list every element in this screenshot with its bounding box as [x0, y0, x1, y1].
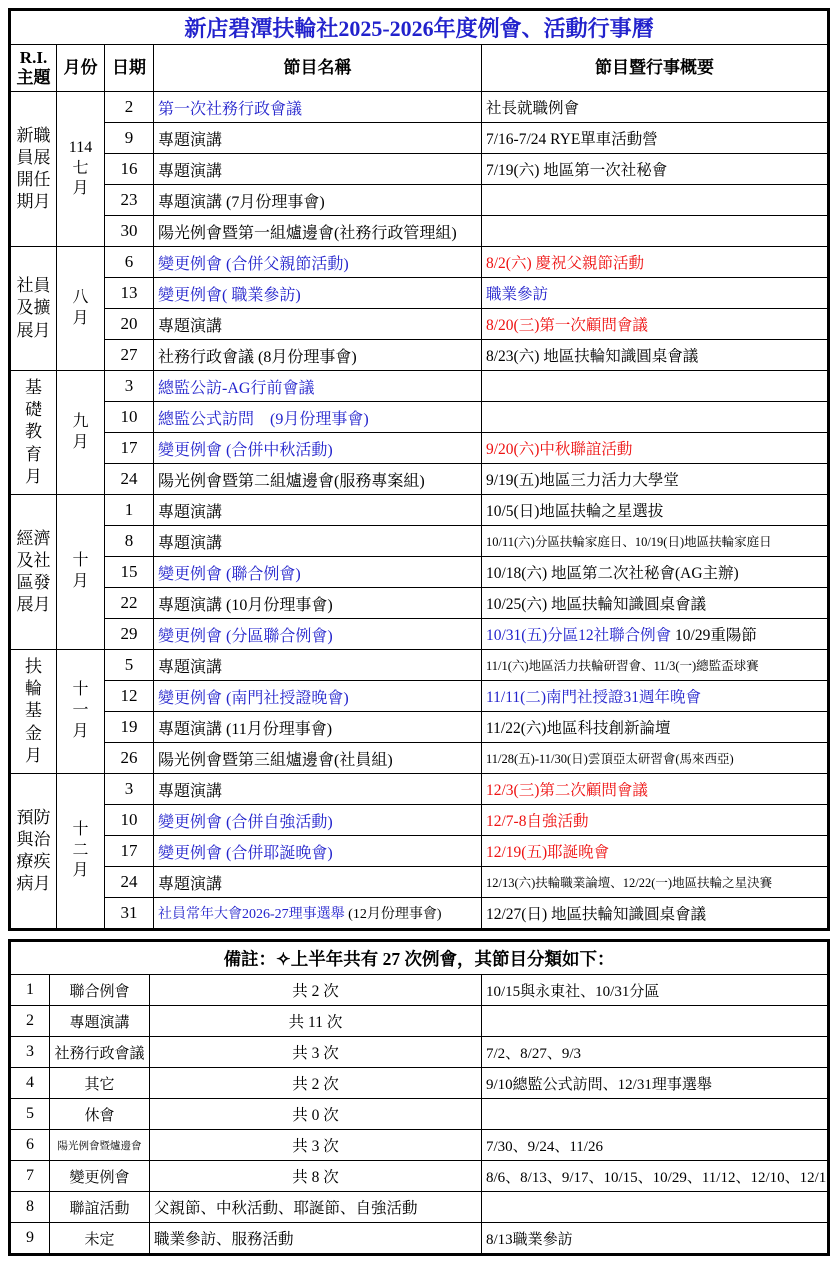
text-segment: 9/20(六)中秋聯誼活動 [486, 441, 632, 458]
date-cell: 31 [105, 898, 154, 930]
program-name-cell: 專題演講 (10月份理事會) [154, 588, 482, 619]
note-count-cell: 共 11 次 [150, 1006, 482, 1037]
text-segment: 專題演講 [158, 535, 222, 552]
text-segment: 8/20(三)第一次顧問會議 [486, 317, 648, 334]
summary-cell: 8/2(六) 慶祝父親節活動 [482, 247, 829, 278]
program-name-cell: 社務行政會議 (8月份理事會) [154, 340, 482, 371]
calendar-row: 10變更例會 (合併自強活動)12/7-8自強活動 [10, 805, 829, 836]
calendar-row: 23專題演講 (7月份理事會) [10, 185, 829, 216]
calendar-row: 24專題演講12/13(六)扶輪職業論壇、12/22(一)地區扶輪之星決賽 [10, 867, 829, 898]
note-count-cell: 共 2 次 [150, 975, 482, 1006]
note-category-cell: 陽光例會暨爐邊會 [50, 1130, 150, 1161]
notes-table: 備註：✧上半年共有 27 次例會，其節目分類如下： 1聯合例會共 2 次10/1… [8, 939, 830, 1256]
summary-cell: 11/11(二)南門社授證31週年晚會 [482, 681, 829, 712]
date-cell: 10 [105, 805, 154, 836]
date-cell: 22 [105, 588, 154, 619]
program-name-cell: 專題演講 (7月份理事會) [154, 185, 482, 216]
text-segment: 專題演講 [158, 318, 222, 335]
note-number-cell: 5 [10, 1099, 50, 1130]
text-segment: 專題演講 (10月份理事會) [158, 597, 333, 614]
text-segment: 專題演講 [158, 876, 222, 893]
text-segment: 12/13(六)扶輪職業論壇、12/22(一)地區扶輪之星決賽 [486, 876, 772, 890]
date-cell: 12 [105, 681, 154, 712]
text-segment: 變更例會 (合併中秋活動) [158, 442, 333, 459]
program-name-cell: 專題演講 (11月份理事會) [154, 712, 482, 743]
summary-cell: 10/31(五)分區12社聯合例會 10/29重陽節 [482, 619, 829, 650]
program-name-cell: 變更例會 (合併中秋活動) [154, 433, 482, 464]
program-name-cell: 專題演講 [154, 123, 482, 154]
note-detail-cell: 10/15與永東社、10/31分區 [482, 975, 829, 1006]
col-header-summary: 節目暨行事概要 [482, 45, 829, 92]
program-name-cell: 陽光例會暨第二組爐邊會(服務專案組) [154, 464, 482, 495]
program-name-cell: 變更例會 (分區聯合例會) [154, 619, 482, 650]
col-header-date: 日期 [105, 45, 154, 92]
calendar-row: 扶 輪 基 金 月十 一 月5專題演講11/1(六)地區活力扶輪研習會、11/3… [10, 650, 829, 681]
date-cell: 17 [105, 433, 154, 464]
text-segment: 變更例會( 職業參訪) [158, 287, 301, 304]
calendar-row: 20專題演講8/20(三)第一次顧問會議 [10, 309, 829, 340]
program-name-cell: 陽光例會暨第一組爐邊會(社務行政管理組) [154, 216, 482, 247]
text-segment: 陽光例會暨第二組爐邊會(服務專案組) [158, 473, 425, 490]
date-cell: 3 [105, 774, 154, 805]
program-name-cell: 變更例會( 職業參訪) [154, 278, 482, 309]
note-detail-cell: 7/30、9/24、11/26 [482, 1130, 829, 1161]
summary-cell: 12/13(六)扶輪職業論壇、12/22(一)地區扶輪之星決賽 [482, 867, 829, 898]
note-number-cell: 9 [10, 1223, 50, 1255]
text-segment: 職業參訪 [486, 286, 548, 303]
program-name-cell: 專題演講 [154, 495, 482, 526]
program-name-cell: 總監公訪-AG行前會議 [154, 371, 482, 402]
notes-row: 6陽光例會暨爐邊會共 3 次7/30、9/24、11/26 [10, 1130, 829, 1161]
calendar-row: 經濟 及社 區發 展月十 月1專題演講10/5(日)地區扶輪之星選拔 [10, 495, 829, 526]
ri-theme-cell: 新職 員展 開任 期月 [10, 92, 57, 247]
notes-row: 2專題演講共 11 次 [10, 1006, 829, 1037]
text-segment: 7/16-7/24 RYE單車活動營 [486, 131, 658, 148]
program-name-cell: 專題演講 [154, 650, 482, 681]
calendar-row: 26陽光例會暨第三組爐邊會(社員組)11/28(五)-11/30(日)雲頂亞太研… [10, 743, 829, 774]
text-segment: 專題演講 (7月份理事會) [158, 194, 325, 211]
date-cell: 26 [105, 743, 154, 774]
ri-theme-cell: 基 礎 教 育 月 [10, 371, 57, 495]
summary-cell: 12/7-8自強活動 [482, 805, 829, 836]
note-detail-cell: 8/13職業參訪 [482, 1223, 829, 1255]
summary-cell: 11/28(五)-11/30(日)雲頂亞太研習會(馬來西亞) [482, 743, 829, 774]
note-number-cell: 6 [10, 1130, 50, 1161]
col-header-month: 月份 [57, 45, 105, 92]
program-name-cell: 專題演講 [154, 154, 482, 185]
text-segment: 專題演講 [158, 132, 222, 149]
date-cell: 27 [105, 340, 154, 371]
text-segment: 專題演講 [158, 783, 222, 800]
date-cell: 15 [105, 557, 154, 588]
date-cell: 9 [105, 123, 154, 154]
text-segment: 變更例會 (分區聯合例會) [158, 628, 333, 645]
text-segment: 10/29重陽節 [671, 627, 757, 644]
note-count-cell: 職業參訪、服務活動 [150, 1223, 482, 1255]
text-segment: 變更例會 (合併耶誕晚會) [158, 845, 333, 862]
text-segment: 社務行政會議 (8月份理事會) [158, 349, 357, 366]
text-segment: 變更例會 (合併父親節活動) [158, 256, 349, 273]
calendar-row: 29變更例會 (分區聯合例會)10/31(五)分區12社聯合例會 10/29重陽… [10, 619, 829, 650]
text-segment: 10/11(六)分區扶輪家庭日、10/19(日)地區扶輪家庭日 [486, 535, 772, 549]
text-segment: 10/31(五)分區12社聯合例會 [486, 627, 671, 644]
ri-theme-cell: 扶 輪 基 金 月 [10, 650, 57, 774]
text-segment: 11/28(五)-11/30(日)雲頂亞太研習會(馬來西亞) [486, 752, 734, 766]
notes-row: 8聯誼活動父親節、中秋活動、耶誕節、自強活動 [10, 1192, 829, 1223]
calendar-row: 10總監公式訪問 (9月份理事會) [10, 402, 829, 433]
col-header-program-name: 節目名稱 [154, 45, 482, 92]
date-cell: 1 [105, 495, 154, 526]
text-segment: 10/25(六) 地區扶輪知識圓桌會議 [486, 596, 706, 613]
text-segment: 8/23(六) 地區扶輪知識圓桌會議 [486, 348, 698, 365]
calendar-row: 17變更例會 (合併中秋活動)9/20(六)中秋聯誼活動 [10, 433, 829, 464]
text-segment: 變更例會 (聯合例會) [158, 566, 301, 583]
calendar-row: 8專題演講10/11(六)分區扶輪家庭日、10/19(日)地區扶輪家庭日 [10, 526, 829, 557]
calendar-row: 新職 員展 開任 期月114 七 月2第一次社務行政會議社長就職例會 [10, 92, 829, 123]
note-number-cell: 7 [10, 1161, 50, 1192]
text-segment: 專題演講 (11月份理事會) [158, 721, 332, 738]
calendar-row: 12變更例會 (南門社授證晚會)11/11(二)南門社授證31週年晚會 [10, 681, 829, 712]
summary-cell: 7/19(六) 地區第一次社秘會 [482, 154, 829, 185]
text-segment: 專題演講 [158, 659, 222, 676]
text-segment: 社長就職例會 [486, 100, 579, 117]
month-cell: 九 月 [57, 371, 105, 495]
note-detail-cell [482, 1006, 829, 1037]
date-cell: 5 [105, 650, 154, 681]
text-segment: 第一次社務行政會議 [158, 101, 302, 118]
calendar-row: 基 礎 教 育 月九 月3總監公訪-AG行前會議 [10, 371, 829, 402]
program-name-cell: 第一次社務行政會議 [154, 92, 482, 123]
summary-cell: 職業參訪 [482, 278, 829, 309]
text-segment: 陽光例會暨第三組爐邊會(社員組) [158, 752, 393, 769]
date-cell: 19 [105, 712, 154, 743]
month-cell: 八 月 [57, 247, 105, 371]
program-name-cell: 總監公式訪問 (9月份理事會) [154, 402, 482, 433]
text-segment: 陽光例會暨第一組爐邊會(社務行政管理組) [158, 225, 457, 242]
summary-cell [482, 216, 829, 247]
summary-cell: 8/20(三)第一次顧問會議 [482, 309, 829, 340]
summary-cell: 11/1(六)地區活力扶輪研習會、11/3(一)總監盃球賽 [482, 650, 829, 681]
summary-cell: 8/23(六) 地區扶輪知識圓桌會議 [482, 340, 829, 371]
summary-cell [482, 371, 829, 402]
program-name-cell: 變更例會 (聯合例會) [154, 557, 482, 588]
note-category-cell: 未定 [50, 1223, 150, 1255]
notes-row: 3社務行政會議共 3 次7/2、8/27、9/3 [10, 1037, 829, 1068]
date-cell: 13 [105, 278, 154, 309]
note-number-cell: 4 [10, 1068, 50, 1099]
summary-cell [482, 185, 829, 216]
summary-cell: 12/19(五)耶誕晚會 [482, 836, 829, 867]
text-segment: 專題演講 [158, 504, 222, 521]
date-cell: 16 [105, 154, 154, 185]
notes-row: 4其它共 2 次9/10總監公式訪問、12/31理事選舉 [10, 1068, 829, 1099]
page-title: 新店碧潭扶輪社2025-2026年度例會、活動行事曆 [10, 10, 829, 45]
program-name-cell: 變更例會 (合併父親節活動) [154, 247, 482, 278]
text-segment: 社員常年大會2026-27理事選舉 [158, 907, 345, 922]
date-cell: 2 [105, 92, 154, 123]
text-segment: 11/1(六)地區活力扶輪研習會、11/3(一)總監盃球賽 [486, 659, 759, 673]
text-segment: 總監公訪-AG行前會議 [158, 380, 314, 397]
summary-cell: 7/16-7/24 RYE單車活動營 [482, 123, 829, 154]
notes-row: 7變更例會共 8 次8/6、8/13、9/17、10/15、10/29、11/1… [10, 1161, 829, 1192]
calendar-row: 27社務行政會議 (8月份理事會)8/23(六) 地區扶輪知識圓桌會議 [10, 340, 829, 371]
summary-cell: 10/5(日)地區扶輪之星選拔 [482, 495, 829, 526]
note-category-cell: 專題演講 [50, 1006, 150, 1037]
summary-cell [482, 402, 829, 433]
calendar-table: 新店碧潭扶輪社2025-2026年度例會、活動行事曆 R.I. 主題 月份 日期… [8, 8, 830, 931]
program-name-cell: 專題演講 [154, 309, 482, 340]
note-category-cell: 變更例會 [50, 1161, 150, 1192]
program-name-cell: 變更例會 (南門社授證晚會) [154, 681, 482, 712]
note-detail-cell [482, 1099, 829, 1130]
text-segment: 變更例會 (合併自強活動) [158, 814, 333, 831]
notes-row: 9未定職業參訪、服務活動8/13職業參訪 [10, 1223, 829, 1255]
calendar-row: 19專題演講 (11月份理事會)11/22(六)地區科技創新論壇 [10, 712, 829, 743]
col-header-ri-theme: R.I. 主題 [10, 45, 57, 92]
month-cell: 114 七 月 [57, 92, 105, 247]
ri-theme-cell: 經濟 及社 區發 展月 [10, 495, 57, 650]
ri-theme-cell: 預防 與治 療疾 病月 [10, 774, 57, 930]
text-segment: 10/5(日)地區扶輪之星選拔 [486, 503, 663, 520]
summary-cell: 11/22(六)地區科技創新論壇 [482, 712, 829, 743]
date-cell: 20 [105, 309, 154, 340]
month-cell: 十 月 [57, 495, 105, 650]
text-segment: 11/22(六)地區科技創新論壇 [486, 720, 671, 737]
date-cell: 29 [105, 619, 154, 650]
note-count-cell: 共 3 次 [150, 1130, 482, 1161]
summary-cell: 10/11(六)分區扶輪家庭日、10/19(日)地區扶輪家庭日 [482, 526, 829, 557]
note-category-cell: 聯合例會 [50, 975, 150, 1006]
text-segment: 7/19(六) 地區第一次社秘會 [486, 162, 667, 179]
program-name-cell: 變更例會 (合併自強活動) [154, 805, 482, 836]
program-name-cell: 專題演講 [154, 774, 482, 805]
calendar-row: 30陽光例會暨第一組爐邊會(社務行政管理組) [10, 216, 829, 247]
summary-cell: 12/27(日) 地區扶輪知識圓桌會議 [482, 898, 829, 930]
note-number-cell: 2 [10, 1006, 50, 1037]
calendar-row: 社員 及擴 展月八 月6變更例會 (合併父親節活動)8/2(六) 慶祝父親節活動 [10, 247, 829, 278]
note-detail-cell: 7/2、8/27、9/3 [482, 1037, 829, 1068]
summary-cell: 10/25(六) 地區扶輪知識圓桌會議 [482, 588, 829, 619]
program-name-cell: 社員常年大會2026-27理事選舉 (12月份理事會) [154, 898, 482, 930]
notes-row: 1聯合例會共 2 次10/15與永東社、10/31分區 [10, 975, 829, 1006]
calendar-row: 16專題演講7/19(六) 地區第一次社秘會 [10, 154, 829, 185]
date-cell: 24 [105, 867, 154, 898]
text-segment: 變更例會 (南門社授證晚會) [158, 690, 349, 707]
summary-cell: 10/18(六) 地區第二次社秘會(AG主辦) [482, 557, 829, 588]
program-name-cell: 專題演講 [154, 867, 482, 898]
note-number-cell: 1 [10, 975, 50, 1006]
calendar-row: 15變更例會 (聯合例會)10/18(六) 地區第二次社秘會(AG主辦) [10, 557, 829, 588]
text-segment: 12/7-8自強活動 [486, 813, 588, 830]
note-count-cell: 共 0 次 [150, 1099, 482, 1130]
date-cell: 24 [105, 464, 154, 495]
calendar-row: 預防 與治 療疾 病月十 二 月3專題演講12/3(三)第二次顧問會議 [10, 774, 829, 805]
calendar-document: 新店碧潭扶輪社2025-2026年度例會、活動行事曆 R.I. 主題 月份 日期… [0, 0, 835, 1262]
ri-theme-cell: 社員 及擴 展月 [10, 247, 57, 371]
text-segment: 9/19(五)地區三力活力大學堂 [486, 472, 679, 489]
text-segment: 12/3(三)第二次顧問會議 [486, 782, 648, 799]
date-cell: 23 [105, 185, 154, 216]
note-detail-cell: 9/10總監公式訪問、12/31理事選舉 [482, 1068, 829, 1099]
notes-row: 5休會共 0 次 [10, 1099, 829, 1130]
month-cell: 十 二 月 [57, 774, 105, 930]
note-category-cell: 休會 [50, 1099, 150, 1130]
summary-cell: 12/3(三)第二次顧問會議 [482, 774, 829, 805]
calendar-row: 31社員常年大會2026-27理事選舉 (12月份理事會)12/27(日) 地區… [10, 898, 829, 930]
program-name-cell: 陽光例會暨第三組爐邊會(社員組) [154, 743, 482, 774]
summary-cell: 社長就職例會 [482, 92, 829, 123]
month-cell: 十 一 月 [57, 650, 105, 774]
date-cell: 17 [105, 836, 154, 867]
calendar-row: 24陽光例會暨第二組爐邊會(服務專案組)9/19(五)地區三力活力大學堂 [10, 464, 829, 495]
summary-cell: 9/20(六)中秋聯誼活動 [482, 433, 829, 464]
text-segment: 10/18(六) 地區第二次社秘會(AG主辦) [486, 565, 739, 582]
text-segment: 12/19(五)耶誕晚會 [486, 844, 609, 861]
note-count-cell: 共 2 次 [150, 1068, 482, 1099]
program-name-cell: 專題演講 [154, 526, 482, 557]
text-segment: 11/11(二)南門社授證31週年晚會 [486, 689, 701, 706]
calendar-row: 17變更例會 (合併耶誕晚會)12/19(五)耶誕晚會 [10, 836, 829, 867]
note-category-cell: 其它 [50, 1068, 150, 1099]
date-cell: 6 [105, 247, 154, 278]
summary-cell: 9/19(五)地區三力活力大學堂 [482, 464, 829, 495]
note-category-cell: 聯誼活動 [50, 1192, 150, 1223]
calendar-row: 22專題演講 (10月份理事會)10/25(六) 地區扶輪知識圓桌會議 [10, 588, 829, 619]
program-name-cell: 變更例會 (合併耶誕晚會) [154, 836, 482, 867]
note-number-cell: 3 [10, 1037, 50, 1068]
note-count-cell: 父親節、中秋活動、耶誕節、自強活動 [150, 1192, 482, 1223]
calendar-row: 9專題演講7/16-7/24 RYE單車活動營 [10, 123, 829, 154]
text-segment: 總監公式訪問 (9月份理事會) [158, 411, 369, 428]
notes-title: 備註：✧上半年共有 27 次例會，其節目分類如下： [10, 941, 829, 975]
note-count-cell: 共 8 次 [150, 1161, 482, 1192]
date-cell: 8 [105, 526, 154, 557]
text-segment: 專題演講 [158, 163, 222, 180]
text-segment: (12月份理事會) [345, 907, 442, 922]
note-category-cell: 社務行政會議 [50, 1037, 150, 1068]
date-cell: 3 [105, 371, 154, 402]
calendar-row: 13變更例會( 職業參訪)職業參訪 [10, 278, 829, 309]
note-count-cell: 共 3 次 [150, 1037, 482, 1068]
note-number-cell: 8 [10, 1192, 50, 1223]
text-segment: 8/2(六) 慶祝父親節活動 [486, 255, 644, 272]
date-cell: 30 [105, 216, 154, 247]
note-detail-cell: 8/6、8/13、9/17、10/15、10/29、11/12、12/10、12… [482, 1161, 829, 1192]
text-segment: 12/27(日) 地區扶輪知識圓桌會議 [486, 906, 706, 923]
note-detail-cell [482, 1192, 829, 1223]
date-cell: 10 [105, 402, 154, 433]
